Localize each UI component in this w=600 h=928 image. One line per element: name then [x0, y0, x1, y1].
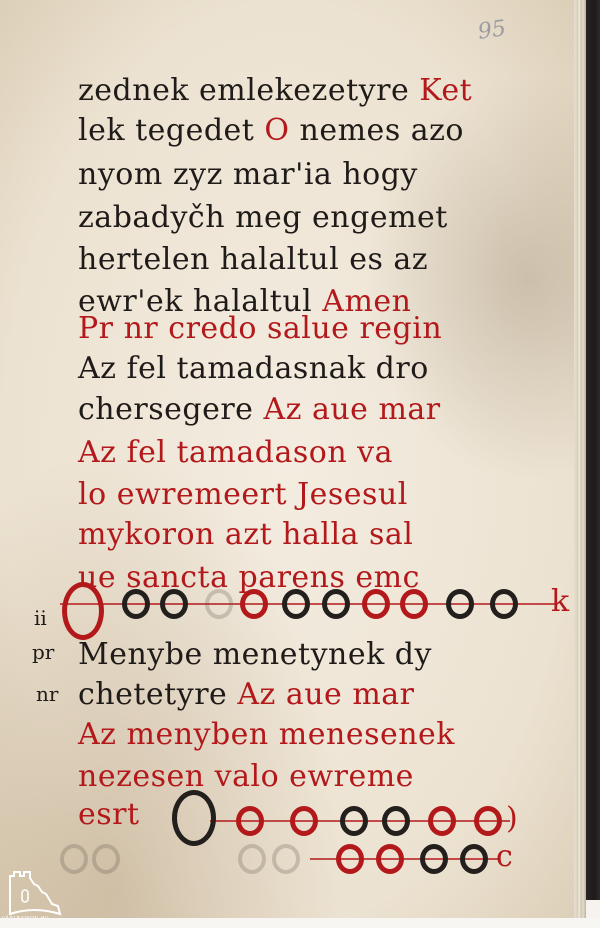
- line-text-continuation: es az: [339, 242, 428, 277]
- notation-end-mark: k: [551, 587, 570, 617]
- line-text-continuation: hogy: [332, 157, 418, 192]
- note-circle: [290, 806, 318, 836]
- manuscript-line: zednek emlekezetyre Ket: [78, 76, 472, 106]
- manuscript-line: lo ewremeert Jesesul: [78, 480, 408, 510]
- note-circle: [460, 844, 488, 874]
- manuscript-line: Menybe menetynek dy: [78, 640, 432, 670]
- line-text: esrt: [78, 797, 140, 832]
- manuscript-line: nezesen valo ewreme: [78, 762, 414, 792]
- note-circle: [205, 589, 233, 619]
- manuscript-line: Pr nr credo salue regin: [78, 314, 442, 344]
- notation-end-mark: c: [496, 842, 513, 872]
- line-text: Az fel tamadasnak dro: [78, 351, 429, 386]
- line-text: zabadyčh meg engemet: [78, 200, 448, 235]
- page-edges: [574, 0, 586, 918]
- manuscript-line: chetetyre Az aue mar: [78, 680, 415, 710]
- rubric-text: Ket: [409, 73, 472, 108]
- line-text: chetetyre: [78, 677, 227, 712]
- note-circle: [272, 844, 300, 874]
- folio-number: 95: [476, 16, 507, 45]
- manuscript-page: 95 zednek emlekezetyre Ketlek tegedet O …: [0, 0, 574, 928]
- manuscript-line: nyom zyz mar'ia hogy: [78, 160, 418, 190]
- note-circle: [446, 589, 474, 619]
- note-circle: [122, 589, 150, 619]
- bottom-strip: [0, 918, 600, 928]
- margin-note: nr: [36, 682, 58, 706]
- line-text: lo ewremeert Jesesul: [78, 477, 408, 512]
- note-circle: [240, 589, 268, 619]
- line-text: chersegere: [78, 392, 253, 427]
- note-circle: [376, 844, 404, 874]
- castle-tower-icon: [4, 866, 64, 922]
- manuscript-line: esrt: [78, 800, 140, 830]
- note-circle: [420, 844, 448, 874]
- manuscript-line: Az menyben menesenek: [78, 720, 455, 750]
- line-text: zednek emlekezetyre: [78, 73, 409, 108]
- note-circle: [282, 589, 310, 619]
- notation-end-mark: ): [506, 804, 518, 834]
- rubric-text: Az aue mar: [227, 677, 414, 712]
- manuscript-line: hertelen halaltul es az: [78, 245, 428, 275]
- book-binding: [586, 0, 600, 900]
- manuscript-line: zabadyčh meg engemet: [78, 203, 448, 233]
- note-circle: [400, 589, 428, 619]
- manuscript-line: Az fel tamadasnak dro: [78, 354, 429, 384]
- line-text: hertelen halaltul: [78, 242, 339, 277]
- note-circle: [60, 844, 88, 874]
- note-circle: [474, 806, 502, 836]
- line-text: nyom zyz mar'ia: [78, 157, 332, 192]
- margin-note: ii: [34, 606, 47, 630]
- line-text: Pr nr credo salue regin: [78, 311, 442, 346]
- initial-o-circle: [172, 790, 216, 846]
- note-circle: [160, 589, 188, 619]
- note-circle: [340, 806, 368, 836]
- manuscript-line: ue sancta parens emc: [78, 563, 420, 593]
- note-circle: [362, 589, 390, 619]
- manuscript-line: lek tegedet O nemes azo: [78, 116, 464, 146]
- note-circle: [92, 844, 120, 874]
- manuscript-line: chersegere Az aue mar: [78, 395, 441, 425]
- line-text: Menybe menetynek dy: [78, 637, 432, 672]
- initial-o-circle: [62, 582, 104, 640]
- note-circle: [236, 806, 264, 836]
- manuscript-line: mykoron azt halla sal: [78, 520, 413, 550]
- line-text: mykoron azt halla sal: [78, 517, 413, 552]
- line-text: nezesen valo ewreme: [78, 759, 414, 794]
- margin-note: pr: [32, 640, 54, 664]
- note-circle: [336, 844, 364, 874]
- note-circle: [428, 806, 456, 836]
- line-text: Az menyben menesenek: [78, 717, 455, 752]
- rubric-text: Az aue mar: [253, 392, 440, 427]
- manuscript-line: Az fel tamadason va: [78, 438, 393, 468]
- note-circle: [382, 806, 410, 836]
- line-text: Az fel tamadason va: [78, 435, 393, 470]
- line-text: lek tegedet: [78, 113, 254, 148]
- note-circle: [238, 844, 266, 874]
- note-circle: [322, 589, 350, 619]
- line-text-continuation: nemes azo: [290, 113, 465, 148]
- note-circle: [490, 589, 518, 619]
- rubric-text: O: [254, 113, 289, 148]
